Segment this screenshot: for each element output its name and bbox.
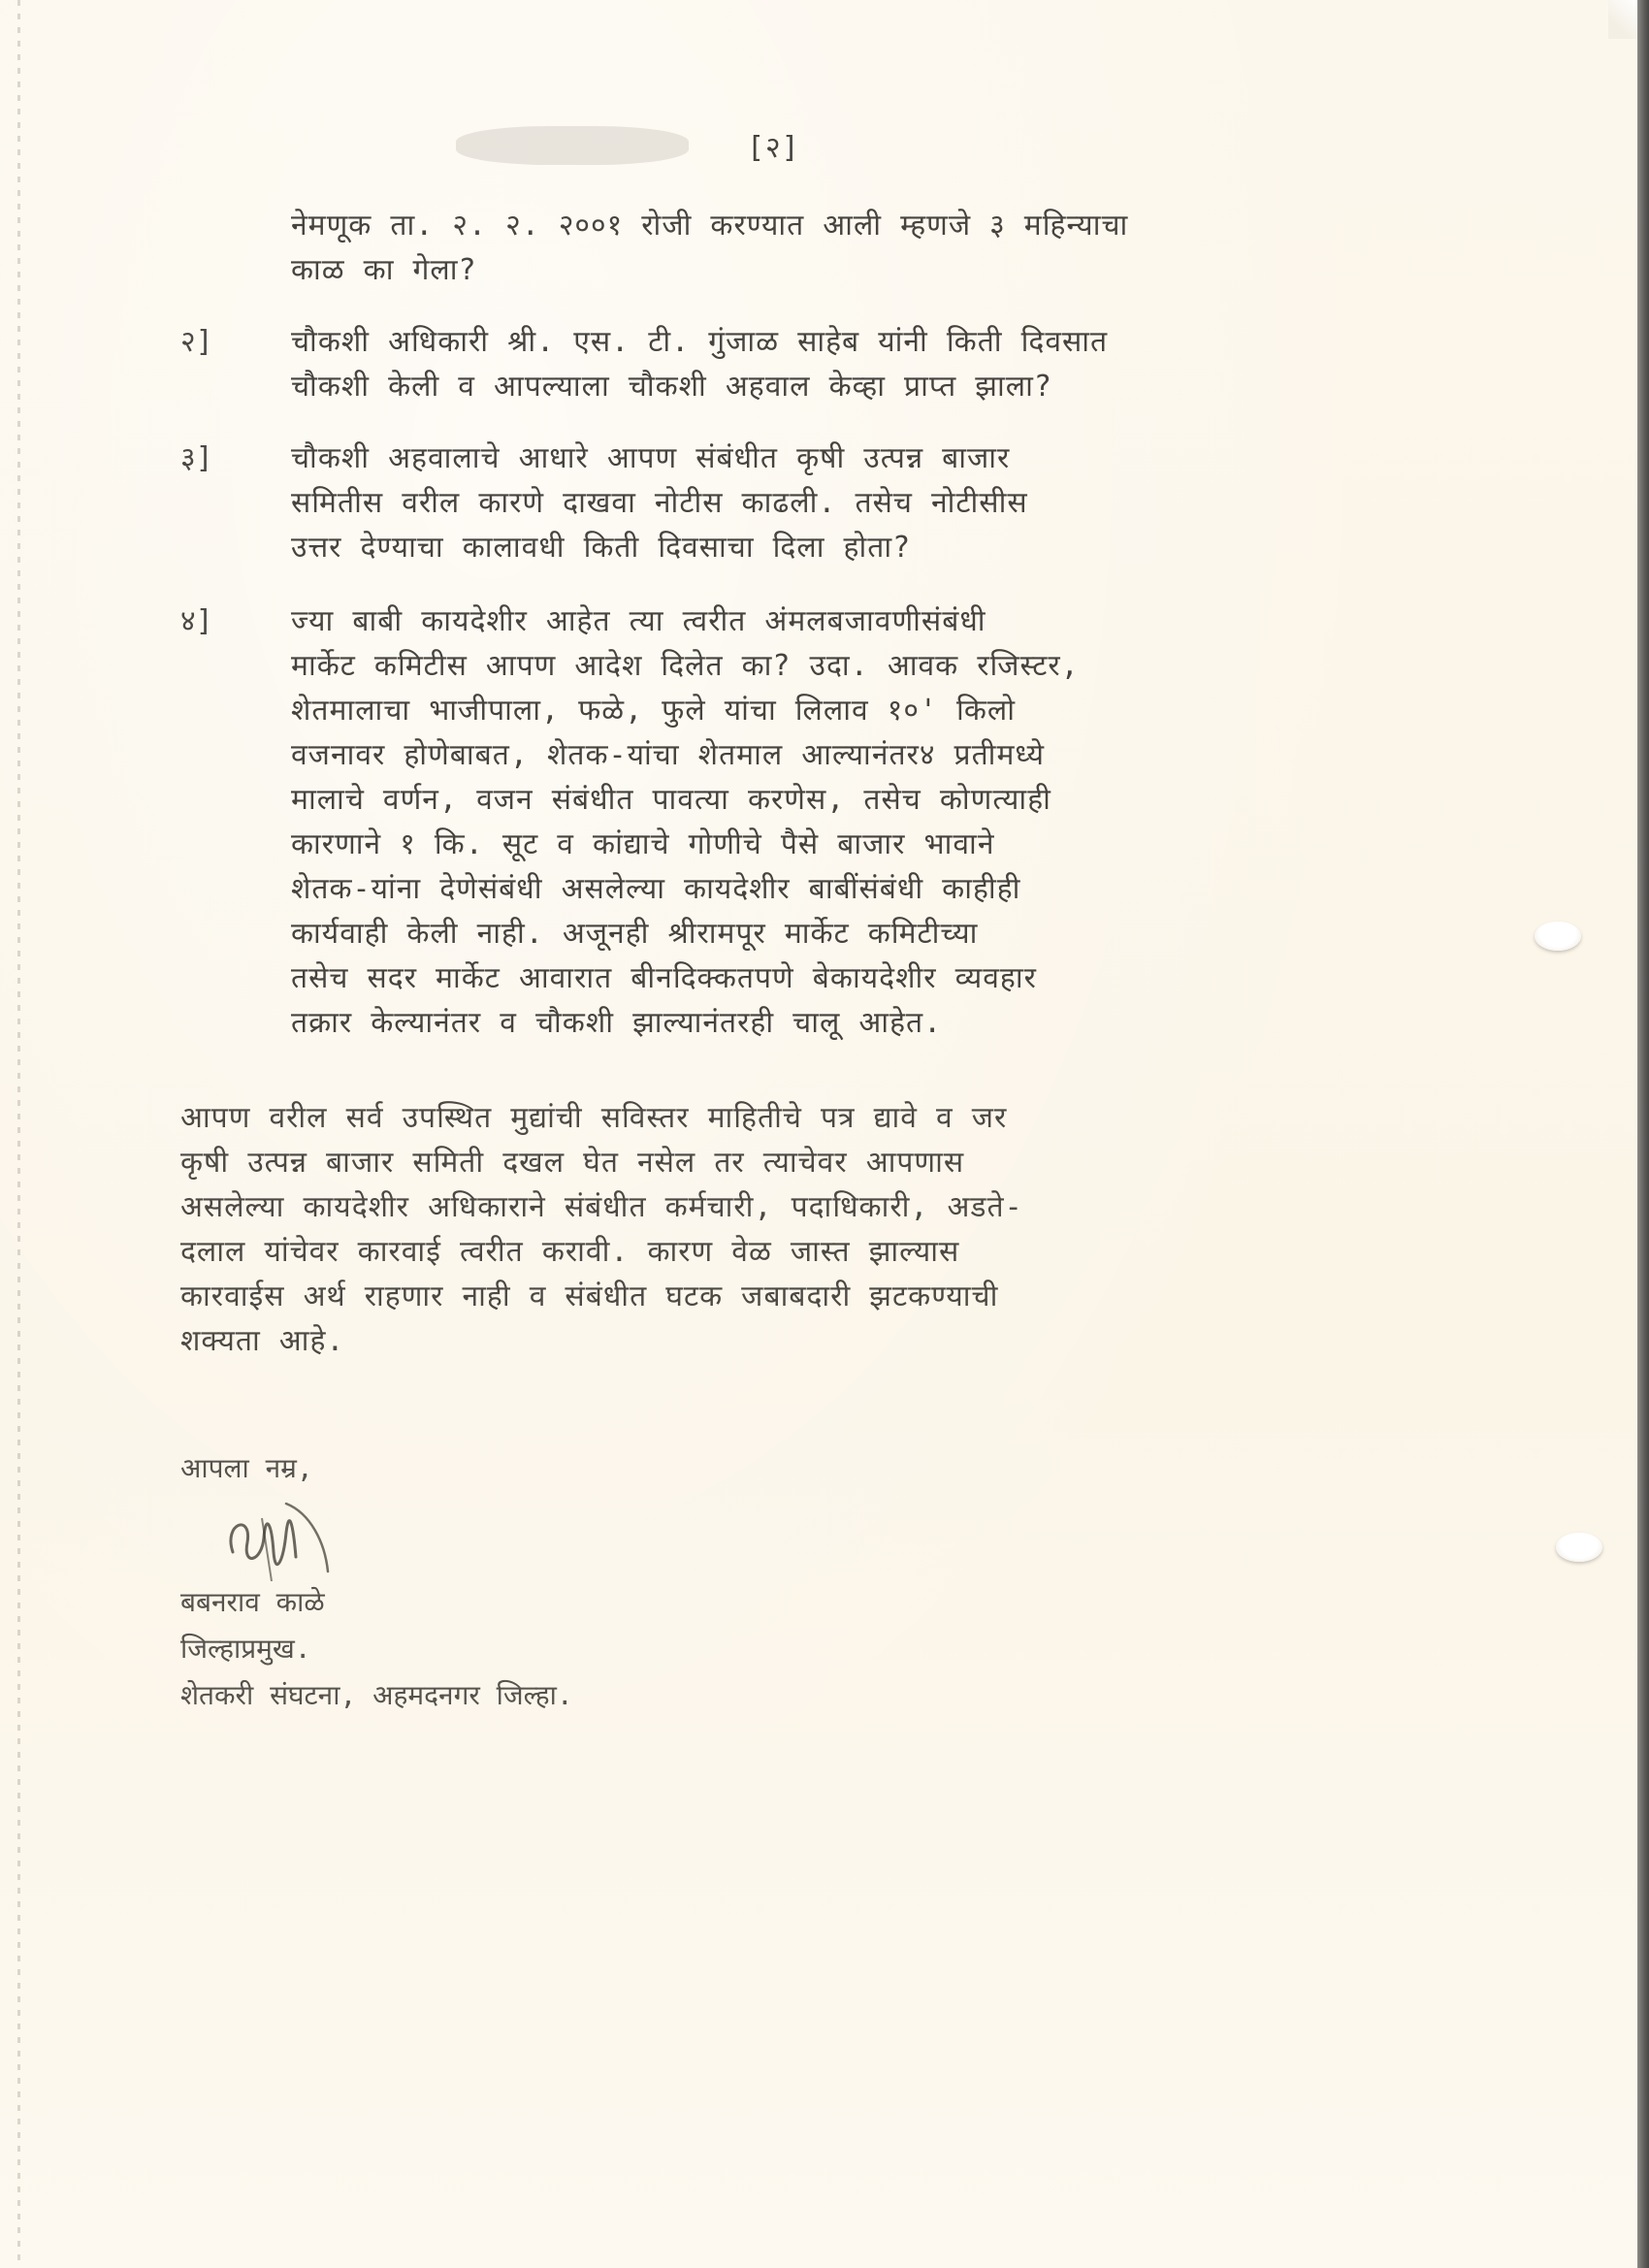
intro-paragraph: नेमणूक ता. २. २. २००१ रोजी करण्यात आली म… (291, 204, 1261, 293)
item-3-paragraph: चौकशी अहवालाचे आधारे आपण संबंधीत कृषी उत… (291, 437, 1261, 570)
item-4-paragraph: ज्या बाबी कायदेशीर आहेत त्या त्वरीत अंमल… (291, 599, 1261, 1046)
closing-paragraph: आपण वरील सर्व उपस्थित मुद्यांची सविस्तर … (180, 1096, 1286, 1364)
page-left-edge-artifact (17, 0, 20, 2268)
text-line: तसेच सदर मार्केट आवारात बीनदिक्कतपणे बेक… (291, 956, 1261, 1001)
text-line: असलेल्या कायदेशीर अधिकाराने संबंधीत कर्म… (180, 1185, 1286, 1230)
text-line: समितीस वरील कारणे दाखवा नोटीस काढली. तसे… (291, 481, 1261, 526)
text-line: उत्तर देण्याचा कालावधी किती दिवसाचा दिला… (291, 526, 1261, 570)
bleed-through-smudge (456, 126, 689, 165)
text-line: कारणाने १ कि. सूट व कांद्याचे गोणीचे पैस… (291, 823, 1261, 867)
page-corner-fold (1608, 0, 1637, 39)
text-line: मार्केट कमिटीस आपण आदेश दिलेत का? उदा. आ… (291, 644, 1261, 689)
sender-organization: शेतकरी संघटना, अहमदनगर जिल्हा. (180, 1672, 573, 1719)
punch-hole-icon (1535, 922, 1581, 951)
text-line: चौकशी अधिकारी श्री. एस. टी. गुंजाळ साहेब… (291, 320, 1261, 365)
sender-name: बबनराव काळे (180, 1579, 573, 1626)
text-line: कार्यवाही केली नाही. अजूनही श्रीरामपूर म… (291, 912, 1261, 956)
item-number: ४] (180, 599, 213, 644)
page-number: [२] (747, 126, 800, 171)
text-line: काळ का गेला? (291, 248, 1261, 293)
text-line: शक्यता आहे. (180, 1319, 1286, 1364)
text-line: चौकशी केली व आपल्याला चौकशी अहवाल केव्हा… (291, 365, 1261, 409)
text-line: शेतमालाचा भाजीपाला, फळे, फुले यांचा लिला… (291, 689, 1261, 733)
item-2-paragraph: चौकशी अधिकारी श्री. एस. टी. गुंजाळ साहेब… (291, 320, 1261, 409)
item-number: २] (180, 320, 213, 365)
sender-designation: जिल्हाप्रमुख. (180, 1626, 573, 1672)
text-line: शेतक-यांना देणेसंबंधी असलेल्या कायदेशीर … (291, 867, 1261, 912)
sender-details: बबनराव काळे जिल्हाप्रमुख. शेतकरी संघटना,… (180, 1579, 573, 1719)
text-line: कारवाईस अर्थ राहणार नाही व संबंधीत घटक ज… (180, 1275, 1286, 1319)
handwritten-signature-icon (204, 1484, 359, 1591)
text-line: आपण वरील सर्व उपस्थित मुद्यांची सविस्तर … (180, 1096, 1286, 1141)
text-line: नेमणूक ता. २. २. २००१ रोजी करण्यात आली म… (291, 204, 1261, 248)
scan-border-strip (1637, 0, 1649, 2268)
text-line: दलाल यांचेवर कारवाई त्वरीत करावी. कारण व… (180, 1230, 1286, 1275)
text-line: मालाचे वर्णन, वजन संबंधीत पावत्या करणेस,… (291, 778, 1261, 823)
punch-hole-icon (1556, 1533, 1602, 1562)
text-line: कृषी उत्पन्न बाजार समिती दखल घेत नसेल तर… (180, 1141, 1286, 1185)
item-number: ३] (180, 437, 213, 481)
text-line: चौकशी अहवालाचे आधारे आपण संबंधीत कृषी उत… (291, 437, 1261, 481)
text-line: ज्या बाबी कायदेशीर आहेत त्या त्वरीत अंमल… (291, 599, 1261, 644)
text-line: वजनावर होणेबाबत, शेतक-यांचा शेतमाल आल्या… (291, 733, 1261, 778)
text-line: तक्रार केल्यानंतर व चौकशी झाल्यानंतरही च… (291, 1001, 1261, 1046)
